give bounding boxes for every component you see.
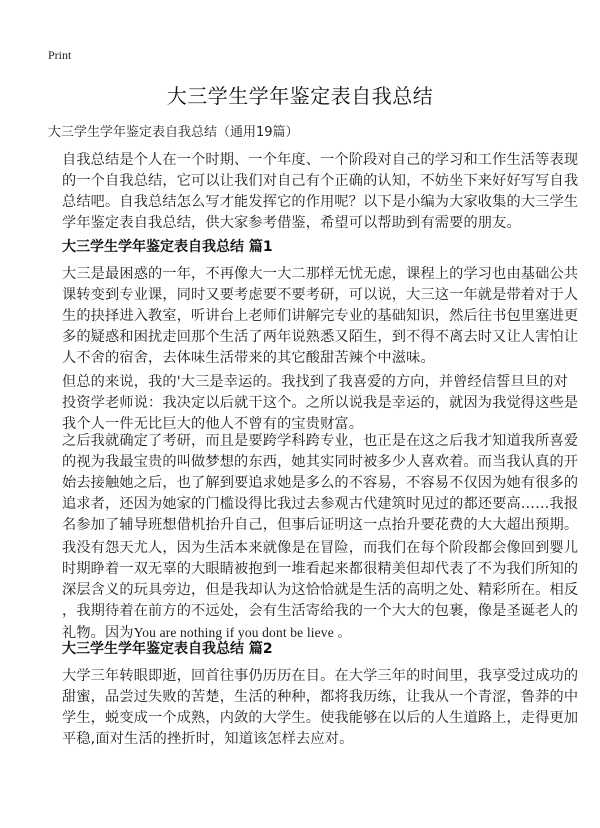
print-label: Print [48,48,71,63]
section-1-paragraph-3: 之后我就确定了考研，而且是要跨学科跨专业，也正是在这之后我才知道我所喜爱 的视为… [62,431,562,536]
text-line: 始去接触她之后，也了解到要追求她是多么的不容易，不容易不仅因为她有很多的 [62,473,562,494]
text-line: 的一个自我总结，它可以让我们对自己有个正确的认知，不妨坐下来好好写写自我 [62,171,562,192]
section-1-paragraph-2: 但总的来说，我的'大三是幸运的。我找到了我喜爱的方向，并曾经信誓旦旦的对 投资学… [62,372,562,435]
text-line: 生的抉择进入教室，听讲台上老师们讲解完专业的基础知识，然后往书包里塞进更 [62,306,562,327]
text-line: 深层含义的玩具旁边，但是我却认为这恰恰就是生活的高明之处、精彩所在。相反 [62,580,562,601]
text-line: 学生，蜕变成一个成熟，内敛的大学生。使我能够在以后的人生道路上，走得更加 [62,708,562,729]
text-line: 但总的来说，我的'大三是幸运的。我找到了我喜爱的方向，并曾经信誓旦旦的对 [62,372,562,393]
text-line: 总结吧。自我总结怎么写才能发挥它的作用呢？以下是小编为大家收集的大三学生 [62,192,562,213]
section-1-paragraph-4: 我没有怨天尤人，因为生活本来就像是在冒险，而我们在每个阶段都会像回到婴儿 时期睁… [62,538,562,644]
text-line: 平稳,面对生活的挫折时，知道该怎样去应对。 [62,729,562,750]
text-line: 多的疑惑和困扰走回那个生活了两年说熟悉又陌生，到不得不离去时又让人害怕让 [62,327,562,348]
text-line: 时期睁着一双无辜的大眼睛被抱到一堆看起来都很精美但却代表了不为我们所知的 [62,559,562,580]
text-line: 大三是最困惑的一年，不再像大一大二那样无忧无虑，课程上的学习也由基础公共 [62,264,562,285]
document-subtitle: 大三学生学年鉴定表自我总结（通用19篇） [48,121,299,140]
text-line: 大学三年转眼即逝，回首往事仍历历在目。在大学三年的时间里，我享受过成功的 [62,666,562,687]
text-line: 学年鉴定表自我总结，供大家参考借鉴，希望可以帮助到有需要的朋友。 [62,213,562,234]
text-line: 课转变到专业课，同时又要考虑要不要考研，可以说，大三这一年就是带着对于人 [62,285,562,306]
text-line: 追求者，还因为她家的门槛设得比我过去参观古代建筑时见过的都还要高……我报 [62,494,562,515]
text-line: 之后我就确定了考研，而且是要跨学科跨专业，也正是在这之后我才知道我所喜爱 [62,431,562,452]
section-1-paragraph-1: 大三是最困惑的一年，不再像大一大二那样无忧无虑，课程上的学习也由基础公共 课转变… [62,264,562,369]
intro-paragraph: 自我总结是个人在一个时期、一个年度、一个阶段对自己的学习和工作生活等表现 的一个… [62,150,562,234]
text-line: 人不舍的宿舍，去体味生活带来的其它酸甜苦辣个中滋味。 [62,348,562,369]
text-line: 我没有怨天尤人，因为生活本来就像是在冒险，而我们在每个阶段都会像回到婴儿 [62,538,562,559]
document-page: Print 大三学生学年鉴定表自我总结 大三学生学年鉴定表自我总结（通用19篇）… [0,0,600,828]
text-line: 甜蜜，品尝过失败的苦楚，生活的种种，都将我历练，让我从一个青涩，鲁莽的中 [62,687,562,708]
section-heading-1: 大三学生学年鉴定表自我总结 篇1 [62,236,273,256]
section-2-paragraph-1: 大学三年转眼即逝，回首往事仍历历在目。在大学三年的时间里，我享受过成功的 甜蜜，… [62,666,562,750]
text-line: 名参加了辅导班想借机抬升自己，但事后证明这一点抬升要花费的大大超出预期。 [62,515,562,536]
text-line: 投资学老师说：我决定以后就干这个。之所以说我是幸运的，就因为我觉得这些是 [62,393,562,414]
section-heading-2: 大三学生学年鉴定表自我总结 篇2 [62,638,273,658]
text-line: 自我总结是个人在一个时期、一个年度、一个阶段对自己的学习和工作生活等表现 [62,150,562,171]
page-title: 大三学生学年鉴定表自我总结 [0,80,600,109]
text-line: ，我期待着在前方的不远处，会有生活寄给我的一个大大的包裹，像是圣诞老人的 [62,601,562,622]
text-line: 的视为我最宝贵的叫做梦想的东西，她其实同时被多少人喜欢着。而当我认真的开 [62,452,562,473]
